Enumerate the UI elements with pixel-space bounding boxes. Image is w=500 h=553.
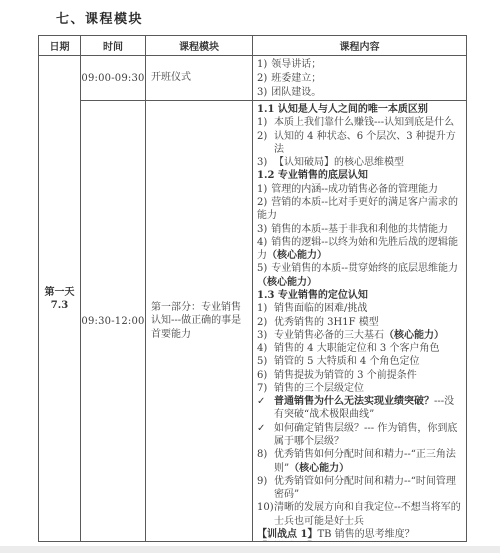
content-text: 销售的 4 大职能定位和 3 个客户角色	[274, 343, 439, 354]
content-item-line: 7)销售的三个层级定位	[257, 382, 463, 395]
page-bottom-edge	[0, 546, 500, 553]
module-label-row1: 开班仪式	[151, 71, 191, 85]
content-text: 优秀销售的 3H1F 模型	[274, 317, 379, 328]
item-marker: 10)	[257, 501, 274, 514]
course-schedule-table: 日期 时间 课程模块 课程内容 第一天 7.3 09:00-09:30 开班仪式…	[38, 35, 467, 542]
content-text: 营销的本质--比对手更好的满足客户需求的能力	[257, 197, 458, 221]
content-item-line: 2)班委建立；	[257, 72, 463, 86]
content-heading-line: 1.3 专业销售的定位认知	[257, 289, 463, 302]
content-text: 优秀销管如何分配时间和精力--“时间管理密码”	[274, 476, 456, 500]
content-text: 专业销售必备的三大基石	[274, 330, 384, 341]
content-text: 领导讲话；	[271, 59, 321, 70]
item-marker: 1)	[257, 302, 267, 315]
content-item-line: 9)优秀销管如何分配时间和精力--“时间管理密码”	[257, 475, 463, 502]
content-text: （核心能力）	[289, 463, 349, 474]
content-item-line: 6)销售提拔为销管的 3 个前提条件	[257, 369, 463, 382]
content-text: 销售的三个层级定位	[274, 383, 364, 394]
item-marker: 7)	[257, 382, 267, 395]
item-marker: 1)	[257, 59, 267, 70]
content-item-line: 4)销售的 4 大职能定位和 3 个客户角色	[257, 342, 463, 355]
content-heading-line: 1.2 专业销售的底层认知	[257, 169, 463, 182]
content-heading-line: 1.1 认知是人与人之间的唯一本质区别	[257, 103, 463, 116]
content-item-line: 1)本质上我们靠什么赚钱---认知到底是什么	[257, 116, 463, 129]
content-text: 如何确定销售层级？--- 作为销售，你到底属于哪个层级？	[274, 423, 457, 447]
content-item-line: 1)管理的内涵--成功销售必备的管理能力	[257, 183, 463, 196]
content-item-line: 4)销售的逻辑--以终为始和先胜后战的逻辑能力（核心能力）	[257, 236, 463, 263]
content-text: 认知的 4 种状态、6 个层次、3 种提升方法	[274, 131, 456, 155]
col-header-content: 课程内容	[253, 36, 466, 56]
item-marker: 2)	[257, 316, 267, 329]
content-item-line: 5)销管的 5 大特质和 4 个角色定位	[257, 355, 463, 368]
content-text: 本质上我们靠什么赚钱---认知到底是什么	[274, 117, 454, 128]
content-text: 销售的本质--基于非我和利他的共情能力	[271, 224, 448, 235]
content-item-line: 1)销售面临的困难/挑战	[257, 302, 463, 315]
content-text: 销售提拔为销管的 3 个前提条件	[274, 370, 417, 381]
item-marker: 2)	[257, 73, 267, 84]
content-item-line: 3)团队建设。	[257, 86, 463, 100]
item-marker: 3)	[257, 87, 267, 98]
content-item-line: 3)【认知破局】的核心思维模型	[257, 156, 463, 169]
item-marker: 5)	[257, 263, 267, 274]
content-item-line: 1)领导讲话；	[257, 58, 463, 72]
content-text: 1.2 专业销售的底层认知	[257, 170, 368, 181]
date-value: 7.3	[51, 299, 68, 312]
col-header-module: 课程模块	[146, 36, 253, 56]
content-item-line: 2)认知的 4 种状态、6 个层次、3 种提升方法	[257, 130, 463, 157]
item-marker: 1)	[257, 116, 267, 129]
time-cell-row1: 09:00-09:30	[81, 56, 146, 101]
content-text: （核心能力）	[384, 330, 444, 341]
item-marker: 4)	[257, 237, 267, 248]
check-icon: ✓	[257, 395, 265, 408]
section-title: 七、课程模块	[56, 8, 143, 27]
content-text: 销售面临的困难/挑战	[274, 303, 367, 314]
content-text: 【认知破局】的核心思维模型	[274, 157, 404, 168]
document-page: 七、课程模块 日期 时间 课程模块 课程内容 第一天 7.3 09:00-09:…	[0, 0, 500, 553]
content-item-line: ✓普通销售为什么无法实现业绩突破？---没有突破“战术极限曲线”	[257, 395, 463, 422]
item-marker: 6)	[257, 369, 267, 382]
content-text: TB 销售的思考维度？	[317, 529, 414, 540]
item-marker: 3)	[257, 329, 267, 342]
module-cell-row2: 第一部分：专业销售认知---做正确的事是首要能力	[146, 101, 253, 541]
date-day-label: 第一天	[45, 286, 75, 299]
item-marker: 2)	[257, 130, 267, 143]
content-cell-row1: 1)领导讲话；2)班委建立；3)团队建设。	[253, 56, 466, 101]
content-item-line: 2)营销的本质--比对手更好的满足客户需求的能力	[257, 196, 463, 223]
content-item-line: 2)优秀销售的 3H1F 模型	[257, 316, 463, 329]
content-item-line: 3)销售的本质--基于非我和利他的共情能力	[257, 223, 463, 236]
content-cell-row2: 1.1 认知是人与人之间的唯一本质区别1)本质上我们靠什么赚钱---认知到底是什…	[253, 101, 466, 541]
content-text: 管理的内涵--成功销售必备的管理能力	[271, 184, 438, 195]
content-text: 团队建设。	[271, 87, 321, 98]
content-text: 【训战点 1】	[257, 529, 317, 540]
time-cell-row2: 09:30-12:00	[81, 101, 146, 541]
content-text: （核心能力）	[267, 250, 327, 261]
check-icon: ✓	[257, 422, 265, 435]
content-item-line: 5)专业销售的本质--贯穿始终的底层思维能力（核心能力）	[257, 262, 463, 289]
content-text: 专业销售的本质--贯穿始终的底层思维能力	[271, 263, 458, 274]
col-header-date: 日期	[39, 36, 81, 56]
content-text: 1.1 认知是人与人之间的唯一本质区别	[257, 104, 428, 115]
content-text: 清晰的发展方向和自我定位--不想当将军的士兵也可能是好士兵	[274, 502, 461, 526]
module-label-row2: 第一部分：专业销售认知---做正确的事是首要能力	[151, 301, 243, 342]
item-marker: 3)	[257, 224, 267, 235]
item-marker: 5)	[257, 355, 267, 368]
content-item-line: 3)专业销售必备的三大基石（核心能力）	[257, 329, 463, 342]
col-header-time: 时间	[81, 36, 146, 56]
item-marker: 8)	[257, 448, 267, 461]
item-marker: 3)	[257, 156, 267, 169]
item-marker: 9)	[257, 475, 267, 488]
content-text: 1.3 专业销售的定位认知	[257, 290, 368, 301]
item-marker: 4)	[257, 342, 267, 355]
date-cell: 第一天 7.3	[39, 56, 81, 541]
content-item-line: 8)优秀销售如何分配时间和精力--“正三角法则”（核心能力）	[257, 448, 463, 475]
content-item-line: 10)清晰的发展方向和自我定位--不想当将军的士兵也可能是好士兵	[257, 501, 463, 528]
item-marker: 1)	[257, 184, 267, 195]
content-item-line: 【训战点 1】TB 销售的思考维度？	[257, 528, 463, 541]
module-cell-row1: 开班仪式	[146, 56, 253, 101]
content-text: 销管的 5 大特质和 4 个角色定位	[274, 356, 419, 367]
content-text: 普通销售为什么无法实现业绩突破？	[274, 396, 434, 407]
content-text: 班委建立；	[271, 73, 321, 84]
item-marker: 2)	[257, 197, 267, 208]
content-text: （核心能力）	[257, 277, 317, 288]
content-item-line: ✓如何确定销售层级？--- 作为销售，你到底属于哪个层级？	[257, 422, 463, 449]
